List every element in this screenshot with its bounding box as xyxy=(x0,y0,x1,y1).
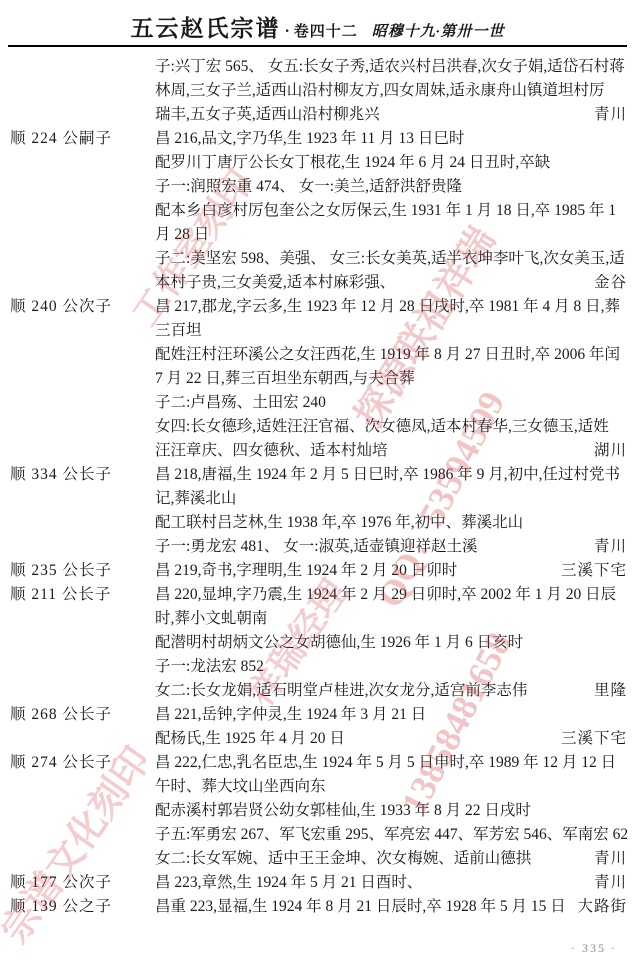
entry-text: 午时、葬大坟山坐西向东 xyxy=(155,775,627,799)
lineage-label: 顺 268 公长子 xyxy=(10,703,155,727)
genealogy-row: 顺 334 公长子昌 218,唐福,生 1924 年 2 月 5 日巳时,卒 1… xyxy=(10,463,627,487)
genealogy-row: 配潜明村胡炳文公之女胡德仙,生 1926 年 1 月 6 日亥时 xyxy=(10,631,627,655)
entry-text: 子五:军勇宏 267、军飞宏重 295、军亮宏 447、军芳宏 546、军南宏 … xyxy=(155,823,627,847)
genealogy-row: 顺 268 公长子昌 221,岳钟,字仲灵,生 1924 年 3 月 21 日 xyxy=(10,703,627,727)
residence-place: 三溪下宅 xyxy=(561,559,627,583)
entry-text: 配潜明村胡炳文公之女胡德仙,生 1926 年 1 月 6 日亥时 xyxy=(155,631,627,655)
entry-text: 昌 218,唐福,生 1924 年 2 月 5 日巳时,卒 1986 年 9 月… xyxy=(155,463,627,487)
entry-text: 昌 220,显坤,字乃震,生 1924 年 2 月 29 日卯时,卒 2002 … xyxy=(155,583,627,607)
genealogy-row: 顺 240 公次子昌 217,郡龙,字云多,生 1923 年 12 月 28 日… xyxy=(10,295,627,319)
entry-text: 瑞丰,五女子英,适西山沿村柳兆兴 xyxy=(155,103,594,127)
genealogy-row: 子二:卢昌殇、土田宏 240 xyxy=(10,391,627,415)
entry-text: 配罗川丁唐厅公长女丁根花,生 1924 年 6 月 24 日丑时,卒缺 xyxy=(155,151,627,175)
entry-text: 记,葬溪北山 xyxy=(155,487,627,511)
genealogy-row: 林周,三女子兰,适西山沿村柳友方,四女周妹,适永康舟山镇道坦村厉 xyxy=(10,79,627,103)
genealogy-row: 配本乡白彦村厉包奎公之女厉保云,生 1931 年 1 月 18 日,卒 1985… xyxy=(10,199,627,223)
genealogy-row: 子二:美坚宏 598、美强、 女三:长女美英,适半衣坤李叶飞,次女美玉,适 xyxy=(10,247,627,271)
entry-text: 子二:美坚宏 598、美强、 女三:长女美英,适半衣坤李叶飞,次女美玉,适 xyxy=(155,247,627,271)
entry-text: 配本乡白彦村厉包奎公之女厉保云,生 1931 年 1 月 18 日,卒 1985… xyxy=(155,199,627,223)
lineage-label: 顺 334 公长子 xyxy=(10,463,155,487)
page-number: · 335 · xyxy=(571,941,617,956)
entry-text: 子:兴丁宏 565、 女五:长女子秀,适农兴村吕洪春,次女子娟,适岱石村蒋 xyxy=(155,55,627,79)
genealogy-row: 女四:长女德珍,适姓汪汪官福、次女德凤,适本村春华,三女德玉,适姓 xyxy=(10,415,627,439)
entry-text: 配杨氏,生 1925 年 4 月 20 日 xyxy=(155,727,561,751)
genealogy-entries: 子:兴丁宏 565、 女五:长女子秀,适农兴村吕洪春,次女子娟,适岱石村蒋林周,… xyxy=(10,55,627,919)
entry-text: 昌重 223,显福,生 1924 年 8 月 21 日辰时,卒 1928 年 5… xyxy=(155,895,577,919)
entry-text: 7 月 22 日,葬三百坦坐东朝西,与夫合葬 xyxy=(155,367,627,391)
entry-text: 三百坦 xyxy=(155,319,627,343)
residence-place: 青川 xyxy=(594,871,627,895)
entry-text: 子二:卢昌殇、土田宏 240 xyxy=(155,391,627,415)
entry-text: 女二:长女军婉、适中王王金坤、次女梅婉、适前山德拱 xyxy=(155,847,594,871)
title-separator: · xyxy=(284,23,289,40)
genealogy-row: 记,葬溪北山 xyxy=(10,487,627,511)
genealogy-row: 配赤溪村郭岩贤公幼女郭桂仙,生 1933 年 8 月 22 日戌时 xyxy=(10,799,627,823)
genealogy-row: 配工联村吕芝林,生 1938 年,卒 1976 年,初中、葬溪北山 xyxy=(10,511,627,535)
entry-text: 昌 217,郡龙,字云多,生 1923 年 12 月 28 日戌时,卒 1981… xyxy=(155,295,627,319)
genealogy-row: 月 28 日 xyxy=(10,223,627,247)
entry-text: 昌 222,仁忠,乳名臣忠,生 1924 年 5 月 5 日申时,卒 1989 … xyxy=(155,751,627,775)
lineage-label: 顺 235 公长子 xyxy=(10,559,155,583)
entry-text: 配工联村吕芝林,生 1938 年,卒 1976 年,初中、葬溪北山 xyxy=(155,511,627,535)
residence-place: 大路街 xyxy=(577,895,627,919)
page-header: 五云赵氏宗谱·卷四十二昭穆十九·第卅一世 xyxy=(0,10,635,43)
entry-text: 昌 216,品文,字乃华,生 1923 年 11 月 13 日巳时 xyxy=(155,127,627,151)
entry-text: 昌 223,章然,生 1924 年 5 月 21 日酉时、 xyxy=(155,871,594,895)
genealogy-row: 顺 224 公嗣子昌 216,品文,字乃华,生 1923 年 11 月 13 日… xyxy=(10,127,627,151)
entry-text: 配赤溪村郭岩贤公幼女郭桂仙,生 1933 年 8 月 22 日戌时 xyxy=(155,799,627,823)
residence-place: 青川 xyxy=(594,103,627,127)
entry-text: 子一:润照宏重 474、 女一:美兰,适舒洪舒贵隆 xyxy=(155,175,627,199)
entry-text: 月 28 日 xyxy=(155,223,627,247)
entry-text: 昌 219,奇书,字理明,生 1924 年 2 月 20 日卯时 xyxy=(155,559,561,583)
genealogy-row: 女二:长女军婉、适中王王金坤、次女梅婉、适前山德拱青川 xyxy=(10,847,627,871)
genealogy-row: 顺 235 公长子昌 219,奇书,字理明,生 1924 年 2 月 20 日卯… xyxy=(10,559,627,583)
lineage-label: 顺 240 公次子 xyxy=(10,295,155,319)
genealogy-row: 子一:润照宏重 474、 女一:美兰,适舒洪舒贵隆 xyxy=(10,175,627,199)
genealogy-row: 女二:长女龙娟,适石明堂卢桂进,次女龙分,适宫前李志伟里隆 xyxy=(10,679,627,703)
genealogy-row: 配姓汪村汪环溪公之女汪西花,生 1919 年 8 月 27 日丑时,卒 2006… xyxy=(10,343,627,367)
book-title: 五云赵氏宗谱 xyxy=(130,16,280,41)
genealogy-row: 配罗川丁唐厅公长女丁根花,生 1924 年 6 月 24 日丑时,卒缺 xyxy=(10,151,627,175)
genealogy-row: 子一:龙法宏 852 xyxy=(10,655,627,679)
genealogy-row: 本村子贵,三女美爱,适本村麻彩强、金谷 xyxy=(10,271,627,295)
residence-place: 青川 xyxy=(594,847,627,871)
lineage-label: 顺 139 公之子 xyxy=(10,895,155,919)
entry-text: 时,葬小文虬朝南 xyxy=(155,607,627,631)
header-divider xyxy=(8,45,627,47)
entry-text: 昌 221,岳钟,字仲灵,生 1924 年 3 月 21 日 xyxy=(155,703,627,727)
residence-place: 湖川 xyxy=(594,439,627,463)
genealogy-row: 汪汪章庆、四女德秋、适本村灿培湖川 xyxy=(10,439,627,463)
genealogy-row: 子一:勇龙宏 481、 女一:淑英,适壶镇迎祥赵土溪青川 xyxy=(10,535,627,559)
genealogy-row: 子五:军勇宏 267、军飞宏重 295、军亮宏 447、军芳宏 546、军南宏 … xyxy=(10,823,627,847)
genealogy-row: 瑞丰,五女子英,适西山沿村柳兆兴青川 xyxy=(10,103,627,127)
genealogy-row: 顺 274 公长子昌 222,仁忠,乳名臣忠,生 1924 年 5 月 5 日申… xyxy=(10,751,627,775)
entry-text: 汪汪章庆、四女德秋、适本村灿培 xyxy=(155,439,594,463)
lineage-label: 顺 177 公次子 xyxy=(10,871,155,895)
entry-text: 本村子贵,三女美爱,适本村麻彩强、 xyxy=(155,271,594,295)
entry-text: 配姓汪村汪环溪公之女汪西花,生 1919 年 8 月 27 日丑时,卒 2006… xyxy=(155,343,627,367)
entry-text: 子一:龙法宏 852 xyxy=(155,655,627,679)
residence-place: 青川 xyxy=(594,535,627,559)
entry-text: 子一:勇龙宏 481、 女一:淑英,适壶镇迎祥赵土溪 xyxy=(155,535,594,559)
lineage-label: 顺 224 公嗣子 xyxy=(10,127,155,151)
residence-place: 三溪下宅 xyxy=(561,727,627,751)
generation-section-label: 昭穆十九·第卅一世 xyxy=(372,24,505,40)
lineage-label: 顺 211 公长子 xyxy=(10,583,155,607)
genealogy-row: 顺 211 公长子昌 220,显坤,字乃震,生 1924 年 2 月 29 日卯… xyxy=(10,583,627,607)
genealogy-row: 时,葬小文虬朝南 xyxy=(10,607,627,631)
genealogy-row: 顺 177 公次子昌 223,章然,生 1924 年 5 月 21 日酉时、青川 xyxy=(10,871,627,895)
entry-text: 女二:长女龙娟,适石明堂卢桂进,次女龙分,适宫前李志伟 xyxy=(155,679,594,703)
genealogy-row: 午时、葬大坟山坐西向东 xyxy=(10,775,627,799)
residence-place: 金谷 xyxy=(594,271,627,295)
genealogy-page: 五云赵氏宗谱·卷四十二昭穆十九·第卅一世 子:兴丁宏 565、 女五:长女子秀,… xyxy=(0,0,635,968)
genealogy-row: 配杨氏,生 1925 年 4 月 20 日三溪下宅 xyxy=(10,727,627,751)
volume-label: 卷四十二 xyxy=(294,24,358,40)
genealogy-row: 7 月 22 日,葬三百坦坐东朝西,与夫合葬 xyxy=(10,367,627,391)
genealogy-row: 顺 139 公之子昌重 223,显福,生 1924 年 8 月 21 日辰时,卒… xyxy=(10,895,627,919)
residence-place: 里隆 xyxy=(594,679,627,703)
entry-text: 林周,三女子兰,适西山沿村柳友方,四女周妹,适永康舟山镇道坦村厉 xyxy=(155,79,627,103)
entry-text: 女四:长女德珍,适姓汪汪官福、次女德凤,适本村春华,三女德玉,适姓 xyxy=(155,415,627,439)
genealogy-row: 子:兴丁宏 565、 女五:长女子秀,适农兴村吕洪春,次女子娟,适岱石村蒋 xyxy=(10,55,627,79)
genealogy-row: 三百坦 xyxy=(10,319,627,343)
lineage-label: 顺 274 公长子 xyxy=(10,751,155,775)
